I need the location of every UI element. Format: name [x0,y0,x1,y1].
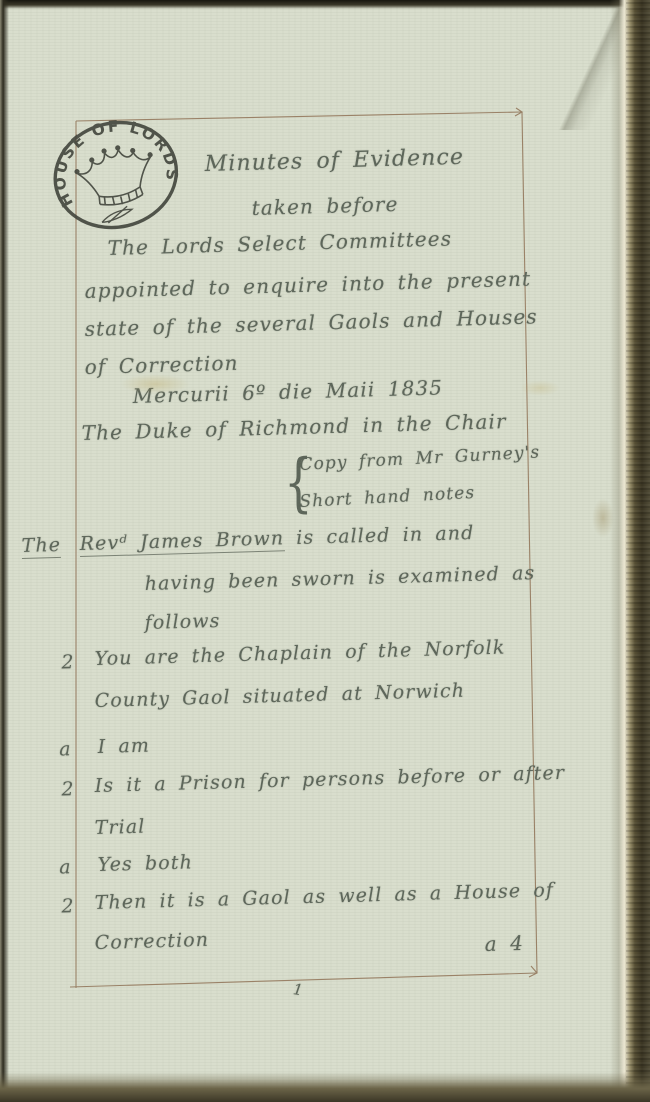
testimony-line3: follows [144,610,220,634]
crown-icon [72,139,162,213]
qa-line: Yes both [97,851,193,876]
qa-marker: 2 [44,651,75,674]
sprig-icon [100,205,134,224]
qa-marker: a [41,856,72,879]
qa-line: Correction [94,929,209,954]
qa-line: Trial [94,816,145,839]
qa-marker: a [41,738,72,761]
qa-marker: 2 [44,895,75,918]
border-corner-tick-br [529,966,537,977]
committee-line: of Correction [84,351,239,379]
doc-title-line2: taken before [251,192,398,220]
page-number: 1 [292,980,305,999]
qa-marker: 2 [44,778,75,801]
catchword: a 4 [484,931,524,956]
manuscript-page: HOUSE OF LORDS Minutes of Evidence taken… [0,0,650,1102]
testimony-margin-word: The [21,534,61,559]
qa-line: I am [97,735,150,758]
border-right-line [522,112,537,973]
